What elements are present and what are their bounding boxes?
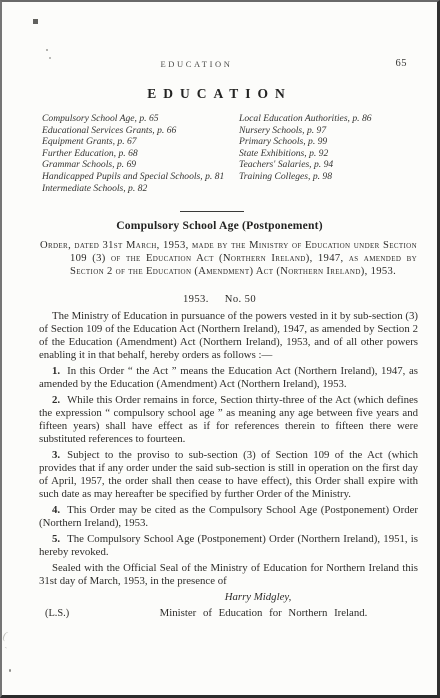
index-entry: Educational Services Grants, p. 66 (42, 125, 228, 137)
paragraph-text: In this Order “ the Act ” means the Educ… (39, 365, 418, 390)
paragraph-number: 3. (52, 449, 60, 461)
index-entry: Equipment Grants, p. 67 (42, 136, 228, 148)
scanned-document-page: EDUCATION 65 EDUCATION Compulsory School… (0, 0, 440, 698)
running-header: EDUCATION 65 (2, 59, 437, 73)
index-entry: Primary Schools, p. 99 (239, 136, 429, 148)
signature-title: Minister of Education for Northern Irela… (109, 607, 418, 620)
order-paragraph-5: 5.The Compulsory School Age (Postponemen… (39, 533, 418, 559)
index-entry: Local Education Authorities, p. 86 (239, 113, 429, 125)
page-number: 65 (396, 58, 408, 69)
section-separator-rule (180, 211, 244, 212)
order-paragraph-2: 2.While this Order remains in force, Sec… (39, 394, 418, 446)
scan-artifact-dot (49, 57, 51, 59)
seal-abbreviation: (L.S.) (45, 607, 69, 620)
order-paragraph-3: 3.Subject to the proviso to sub-section … (39, 449, 418, 501)
running-header-title: EDUCATION (2, 59, 437, 69)
index-entry: Training Colleges, p. 98 (239, 171, 429, 183)
index-entry: Further Education, p. 68 (42, 148, 228, 160)
index-entry: Intermediate Schools, p. 82 (42, 183, 228, 195)
order-number: No. 50 (225, 294, 256, 305)
index-entry: Teachers' Salaries, p. 94 (239, 159, 429, 171)
order-paragraph-4: 4.This Order may be cited as the Compuls… (39, 504, 418, 530)
section-title: EDUCATION (2, 86, 437, 102)
index-entry: Compulsory School Age, p. 65 (42, 113, 228, 125)
paragraph-text: This Order may be cited as the Compulsor… (39, 504, 418, 529)
scan-artifact-dot (9, 669, 11, 672)
sealing-clause: Sealed with the Official Seal of the Min… (39, 562, 418, 588)
scan-artifact-dot (46, 49, 48, 51)
index-column-right: Local Education Authorities, p. 86 Nurse… (228, 113, 429, 194)
paragraph-text: While this Order remains in force, Secti… (39, 394, 418, 445)
index-entry: Handicapped Pupils and Special Schools, … (42, 171, 228, 183)
paragraph-number: 1. (52, 365, 60, 377)
paragraph-number: 4. (52, 504, 60, 516)
paragraph-number: 2. (52, 394, 60, 406)
index-entry: State Exhibitions, p. 92 (239, 148, 429, 160)
index-entry: Nursery Schools, p. 97 (239, 125, 429, 137)
order-preamble: Order, dated 31st March, 1953, made by t… (40, 239, 417, 279)
order-heading: Compulsory School Age (Postponement) (2, 219, 437, 232)
order-number-line: 1953.No. 50 (2, 294, 437, 305)
scan-artifact-square (33, 19, 38, 24)
index-column-left: Compulsory School Age, p. 65 Educational… (42, 113, 228, 194)
order-body: The Ministry of Education in pursuance o… (39, 310, 418, 622)
order-paragraph-1: 1.In this Order “ the Act ” means the Ed… (39, 365, 418, 391)
signature-row: (L.S.) Minister of Education for Norther… (39, 607, 418, 622)
paragraph-text: Subject to the proviso to sub-section (3… (39, 449, 418, 500)
paragraph-text: The Compulsory School Age (Postponement)… (39, 533, 418, 558)
index-entry: Grammar Schools, p. 69 (42, 159, 228, 171)
paragraph-number: 5. (52, 533, 60, 545)
page-content: EDUCATION 65 EDUCATION Compulsory School… (2, 2, 437, 695)
opening-paragraph: The Ministry of Education in pursuance o… (39, 310, 418, 362)
signature-name: Harry Midgley, (39, 591, 418, 604)
subject-index: Compulsory School Age, p. 65 Educational… (42, 113, 421, 194)
order-year: 1953. (183, 294, 209, 305)
